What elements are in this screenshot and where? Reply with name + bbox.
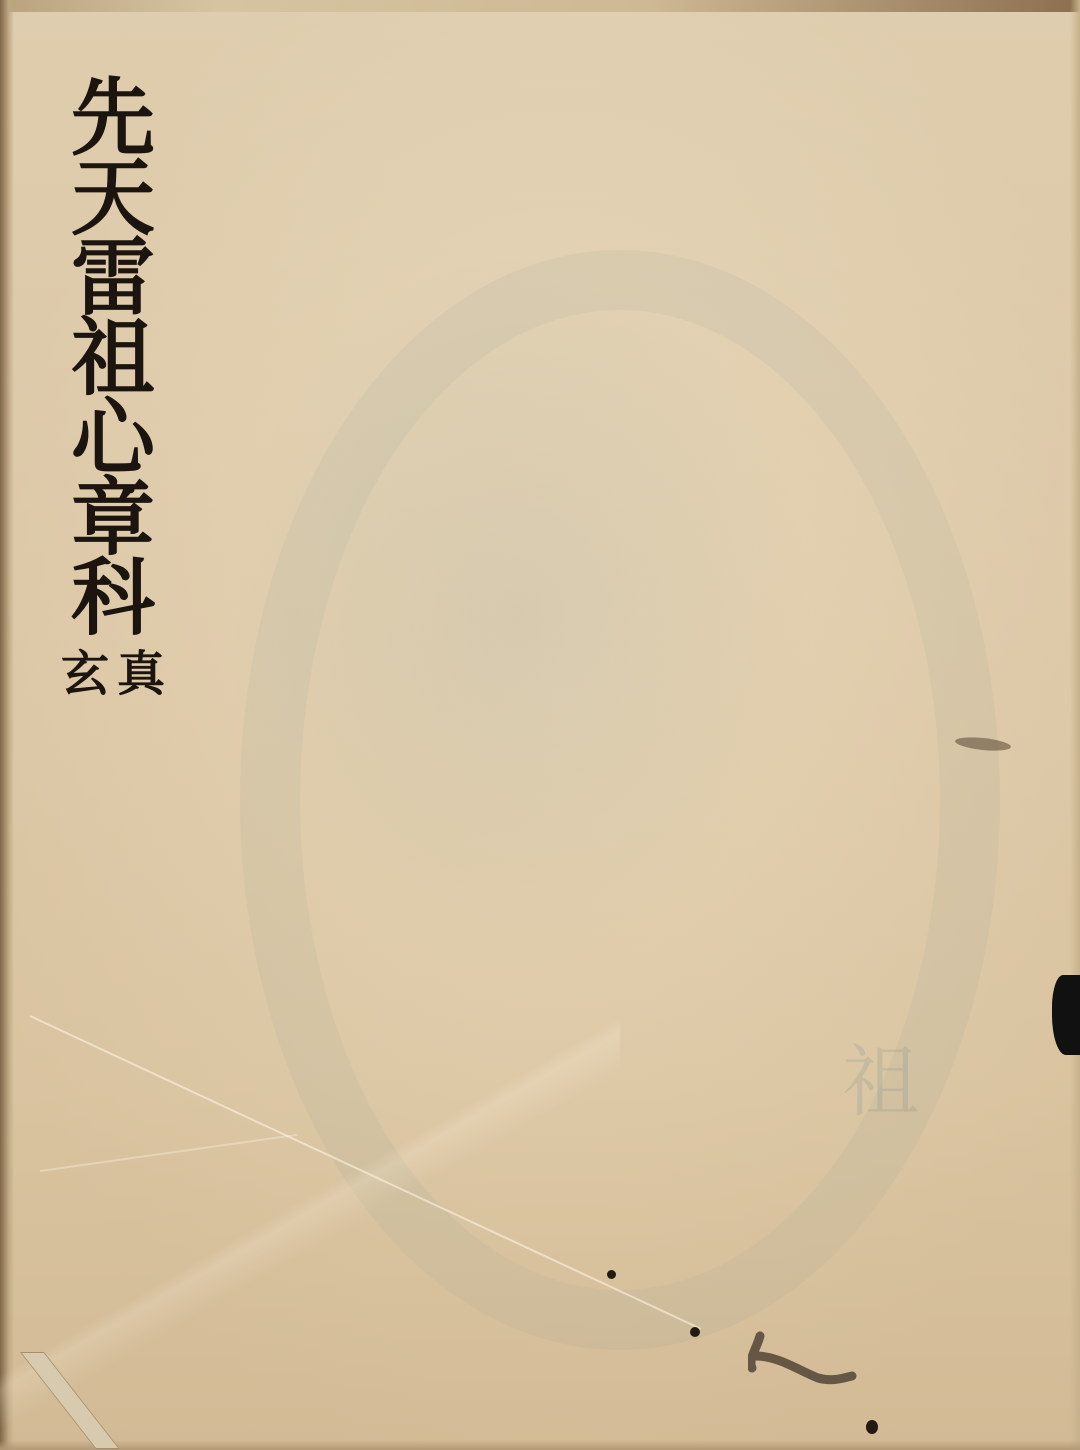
annotation-right: 真 (117, 648, 165, 700)
wormhole (690, 1327, 700, 1337)
title-char: 科 (71, 558, 155, 638)
wormhole (607, 1270, 616, 1279)
paper-fold (0, 1020, 620, 1450)
top-edge (0, 0, 1080, 12)
worm-track (748, 1330, 858, 1390)
wormhole (866, 1420, 878, 1434)
title-char: 祖 (71, 318, 155, 398)
title-char: 雷 (71, 238, 155, 318)
right-edge (1070, 0, 1080, 1450)
title-char: 天 (71, 158, 155, 238)
annotation-row: 玄 真 (58, 648, 168, 700)
annotation-left: 玄 (61, 648, 109, 700)
title-char: 心 (71, 398, 155, 478)
title-char: 先 (71, 78, 155, 158)
bleed-through-char: 祖 (835, 1040, 913, 1118)
manuscript-page: 祖 先 天 雷 祖 心 章 科 玄 真 (0, 0, 1080, 1450)
title-column: 先 天 雷 祖 心 章 科 玄 真 (58, 78, 168, 700)
title-char: 章 (71, 478, 155, 558)
ink-blot (1052, 975, 1080, 1055)
